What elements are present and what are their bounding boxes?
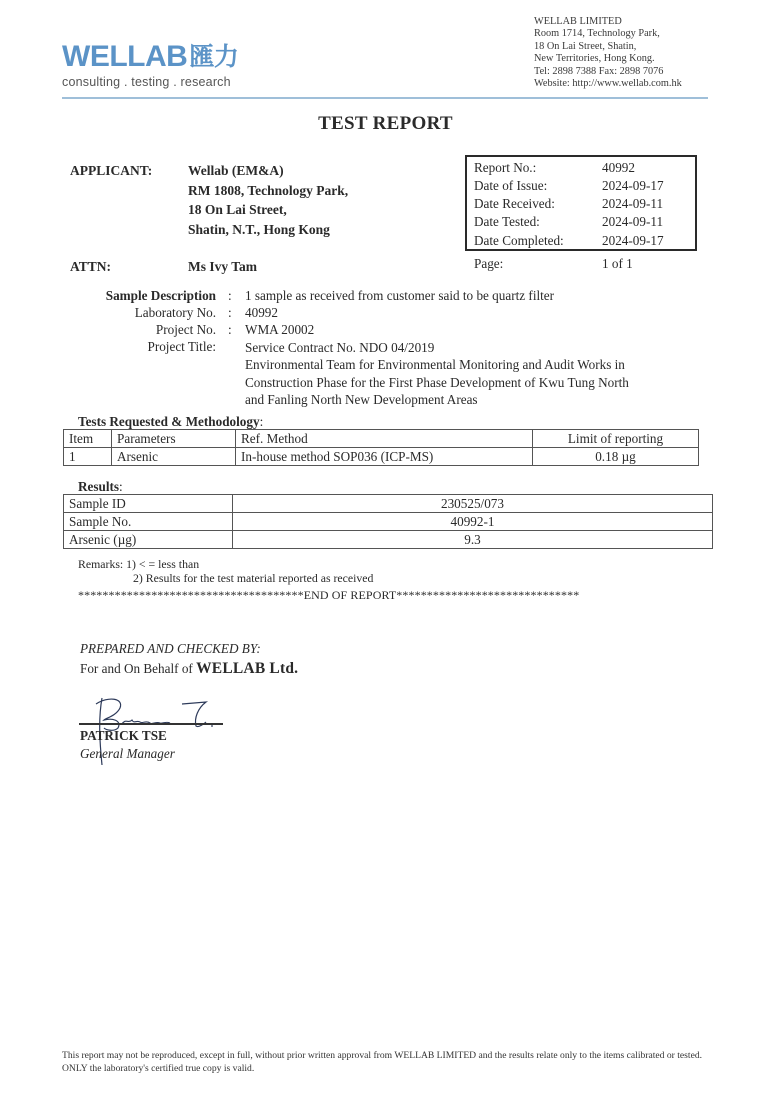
cell-item: 1 [64, 448, 112, 466]
result-value: 230525/073 [233, 495, 713, 513]
applicant-address-line: RM 1808, Technology Park, [188, 181, 348, 201]
header-ref-method: Ref. Method [236, 430, 533, 448]
remarks-line-1: Remarks: 1) < = less than [78, 557, 199, 572]
info-key: Date Received: [474, 196, 555, 212]
applicant-address: Wellab (EM&A) RM 1808, Technology Park, … [188, 161, 348, 239]
info-key: Date Completed: [474, 233, 564, 249]
cell-parameter: Arsenic [112, 448, 236, 466]
header-parameters: Parameters [112, 430, 236, 448]
company-address-line: New Territories, Hong Kong. [534, 53, 682, 65]
company-website: Website: http://www.wellab.com.hk [534, 78, 682, 90]
signatory-name: PATRICK TSE [80, 728, 167, 744]
project-title-value: Service Contract No. NDO 04/2019 Environ… [245, 339, 629, 408]
result-value: 9.3 [233, 531, 713, 549]
info-key: Report No.: [474, 160, 536, 176]
header-limit-of-reporting: Limit of reporting [533, 430, 699, 448]
result-key: Sample No. [64, 513, 233, 531]
company-address-block: WELLAB LIMITED Room 1714, Technology Par… [534, 16, 682, 90]
footer-disclaimer: This report may not be reproduced, excep… [62, 1049, 722, 1075]
results-section-label: Results: [78, 479, 123, 495]
remarks-line-2: 2) Results for the test material reporte… [133, 571, 373, 586]
page-title: TEST REPORT [0, 113, 771, 135]
lab-no-value: 40992 [245, 305, 278, 321]
info-value: 2024-09-11 [602, 214, 663, 230]
info-value: 2024-09-17 [602, 178, 664, 194]
info-value: 2024-09-11 [602, 196, 663, 212]
signature-line [79, 723, 223, 725]
colon: : [228, 305, 232, 321]
wellab-logo: WELLAB匯力 [62, 41, 238, 73]
applicant-address-line: 18 On Lai Street, [188, 200, 348, 220]
header-divider [62, 97, 708, 99]
company-name: WELLAB LIMITED [534, 16, 682, 28]
info-value: 40992 [602, 160, 635, 176]
company-address-line: Room 1714, Technology Park, [534, 28, 682, 40]
tests-table: Item Parameters Ref. Method Limit of rep… [63, 429, 699, 466]
project-title-label: Project Title: [147, 339, 216, 355]
table-row: Sample ID 230525/073 [64, 495, 713, 513]
end-of-report-marker: *************************************END… [78, 588, 579, 603]
project-title-line: Service Contract No. NDO 04/2019 [245, 339, 629, 356]
cell-ref-method: In-house method SOP036 (ICP-MS) [236, 448, 533, 466]
result-key: Sample ID [64, 495, 233, 513]
table-row: 1 Arsenic In-house method SOP036 (ICP-MS… [64, 448, 699, 466]
tests-label-colon: : [260, 414, 264, 429]
table-row: Sample No. 40992-1 [64, 513, 713, 531]
on-behalf-of: For and On Behalf of WELLAB Ltd. [80, 660, 298, 678]
sample-description-value: 1 sample as received from customer said … [245, 288, 554, 304]
behalf-prefix: For and On Behalf of [80, 661, 196, 676]
logo-brand-text: WELLAB [62, 40, 187, 73]
page-number: 1 of 1 [602, 256, 633, 272]
cell-limit-of-reporting: 0.18 µg [533, 448, 699, 466]
table-row: Arsenic (µg) 9.3 [64, 531, 713, 549]
logo-brand-cjk: 匯力 [189, 43, 238, 71]
lab-no-label: Laboratory No. [135, 305, 216, 321]
prepared-by-label: PREPARED AND CHECKED BY: [80, 641, 261, 657]
logo-tagline: consulting . testing . research [62, 75, 231, 89]
tests-section-label: Tests Requested & Methodology: [78, 414, 263, 430]
attn-label: ATTN: [70, 259, 111, 275]
result-value: 40992-1 [233, 513, 713, 531]
attn-value: Ms Ivy Tam [188, 259, 257, 275]
colon: : [228, 288, 232, 304]
tests-table-header: Item Parameters Ref. Method Limit of rep… [64, 430, 699, 448]
info-key: Date Tested: [474, 214, 540, 230]
applicant-name: Wellab (EM&A) [188, 161, 348, 181]
colon: : [228, 322, 232, 338]
project-title-line: Environmental Team for Environmental Mon… [245, 356, 629, 373]
result-key: Arsenic (µg) [64, 531, 233, 549]
sample-description-label: Sample Description [106, 288, 216, 304]
header-item: Item [64, 430, 112, 448]
info-key: Date of Issue: [474, 178, 547, 194]
applicant-address-line: Shatin, N.T., Hong Kong [188, 220, 348, 240]
project-title-line: and Fanling North New Development Areas [245, 391, 629, 408]
tests-label-text: Tests Requested & Methodology [78, 414, 260, 429]
info-value: 2024-09-17 [602, 233, 664, 249]
results-label-colon: : [119, 479, 123, 494]
signatory-title: General Manager [80, 746, 175, 762]
company-phone-fax: Tel: 2898 7388 Fax: 2898 7076 [534, 66, 682, 78]
project-no-value: WMA 20002 [245, 322, 314, 338]
results-table: Sample ID 230525/073 Sample No. 40992-1 … [63, 494, 713, 549]
project-title-line: Construction Phase for the First Phase D… [245, 374, 629, 391]
project-no-label: Project No. [156, 322, 216, 338]
info-key: Page: [474, 256, 503, 272]
behalf-company: WELLAB Ltd. [196, 660, 298, 677]
company-address-line: 18 On Lai Street, Shatin, [534, 41, 682, 53]
results-label-text: Results [78, 479, 119, 494]
applicant-label: APPLICANT: [70, 163, 152, 179]
